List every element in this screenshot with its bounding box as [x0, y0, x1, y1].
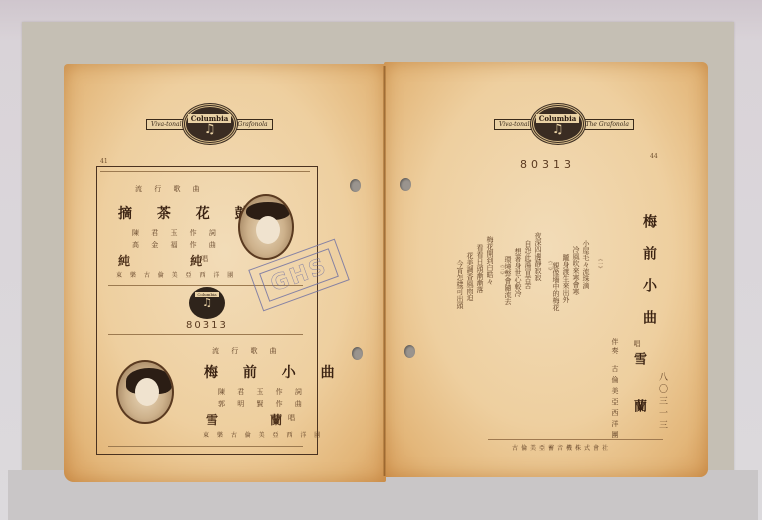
page-number: 41 [100, 158, 108, 165]
song2-lyricist: 陳 君 玉 作 詞 [218, 387, 307, 397]
divider [100, 171, 310, 172]
music-note-icon: ♫ [202, 297, 212, 309]
punch-hole [350, 179, 361, 192]
center-columbia-logo: Columbia ♫ [189, 287, 225, 319]
singer-label: 唱 [632, 340, 642, 347]
lyric-line: 躘身渡生來出外 [561, 254, 570, 303]
lyric-line: 小屋毛々流珠滴 [581, 240, 590, 289]
verse-marker: 《二》 [545, 258, 554, 273]
lyric-line: 梅花開到白皓々 [485, 236, 494, 285]
orchestra-name: 古倫美亞西洋團 [610, 365, 620, 442]
song-title-vertical: 梅前小曲 [639, 214, 659, 342]
song2-category: 流 行 歌 曲 [212, 346, 282, 356]
punch-hole [352, 347, 363, 360]
singer-portrait-1 [238, 194, 294, 260]
lyric-line: 夜深四邊靜寂寂 [533, 232, 542, 281]
footer-divider [488, 439, 663, 440]
music-note-icon: ♫ [204, 123, 216, 137]
song2-title: 梅 前 小 曲 [204, 362, 345, 382]
singer-name: 雪蘭 [629, 352, 648, 446]
verse-marker: 《三》 [497, 262, 506, 277]
song1-orchestra: 東 樂 古 倫 美 亞 西 洋 團 [116, 270, 236, 279]
divider [108, 334, 303, 335]
catalog-number-left: 80313 [186, 320, 228, 331]
page-fold [383, 66, 386, 476]
singer-portrait-2 [116, 360, 174, 424]
song1-lyricist: 陳 君 玉 作 詞 [132, 228, 221, 238]
logo-banner-right: Grafonola [233, 119, 273, 130]
song1-singer: 純 純 [118, 252, 230, 269]
lyric-line: 冷風吹來寒會寒 [571, 246, 580, 295]
verse-marker: 《一》 [595, 256, 604, 271]
lyric-line: 想著身世心較冷 [513, 248, 522, 297]
orchestra-label: 伴奏 [610, 338, 620, 356]
columbia-logo-right: Viva-tonal Columbia ♫ The Grafonola [494, 104, 634, 144]
logo-banner-right: The Grafonola [581, 119, 634, 130]
page-number: 44 [650, 153, 658, 160]
music-note-icon: ♫ [552, 123, 564, 137]
divider [108, 446, 303, 447]
publisher-footer: 古倫美亞蓄音機株式會社 [512, 443, 611, 452]
logo-banner-left: Viva-tonal [146, 119, 187, 130]
song2-singer: 雪 蘭 [206, 411, 306, 428]
stamp-text: GHS [267, 253, 330, 296]
punch-hole [404, 345, 415, 358]
song2-composer: 郭 明 賢 作 曲 [218, 399, 307, 409]
lyric-line: 今宵怎樣可出頭 [455, 260, 464, 309]
columbia-logo-left: Viva-tonal Columbia ♫ Grafonola [146, 104, 273, 144]
lyric-line: 看看日頭漸漸落 [475, 244, 484, 293]
song1-category: 流 行 歌 曲 [135, 184, 205, 194]
punch-hole [400, 178, 411, 191]
song1-composer: 高 金 福 作 曲 [132, 240, 221, 250]
logo-disc: Columbia ♫ [531, 104, 585, 144]
catalog-number-right: 80313 [520, 158, 575, 171]
catalog-number-kanji: 八〇三一三 [656, 372, 669, 432]
song2-orchestra: 東 樂 古 倫 美 亞 西 洋 團 [203, 430, 323, 439]
lyric-line: 花美調香風雨迫 [465, 252, 474, 301]
logo-banner-left: Viva-tonal [494, 119, 535, 130]
lyric-line: 自怨此蕩冒苦苦 [523, 240, 532, 289]
logo-disc: Columbia ♫ [183, 104, 237, 144]
